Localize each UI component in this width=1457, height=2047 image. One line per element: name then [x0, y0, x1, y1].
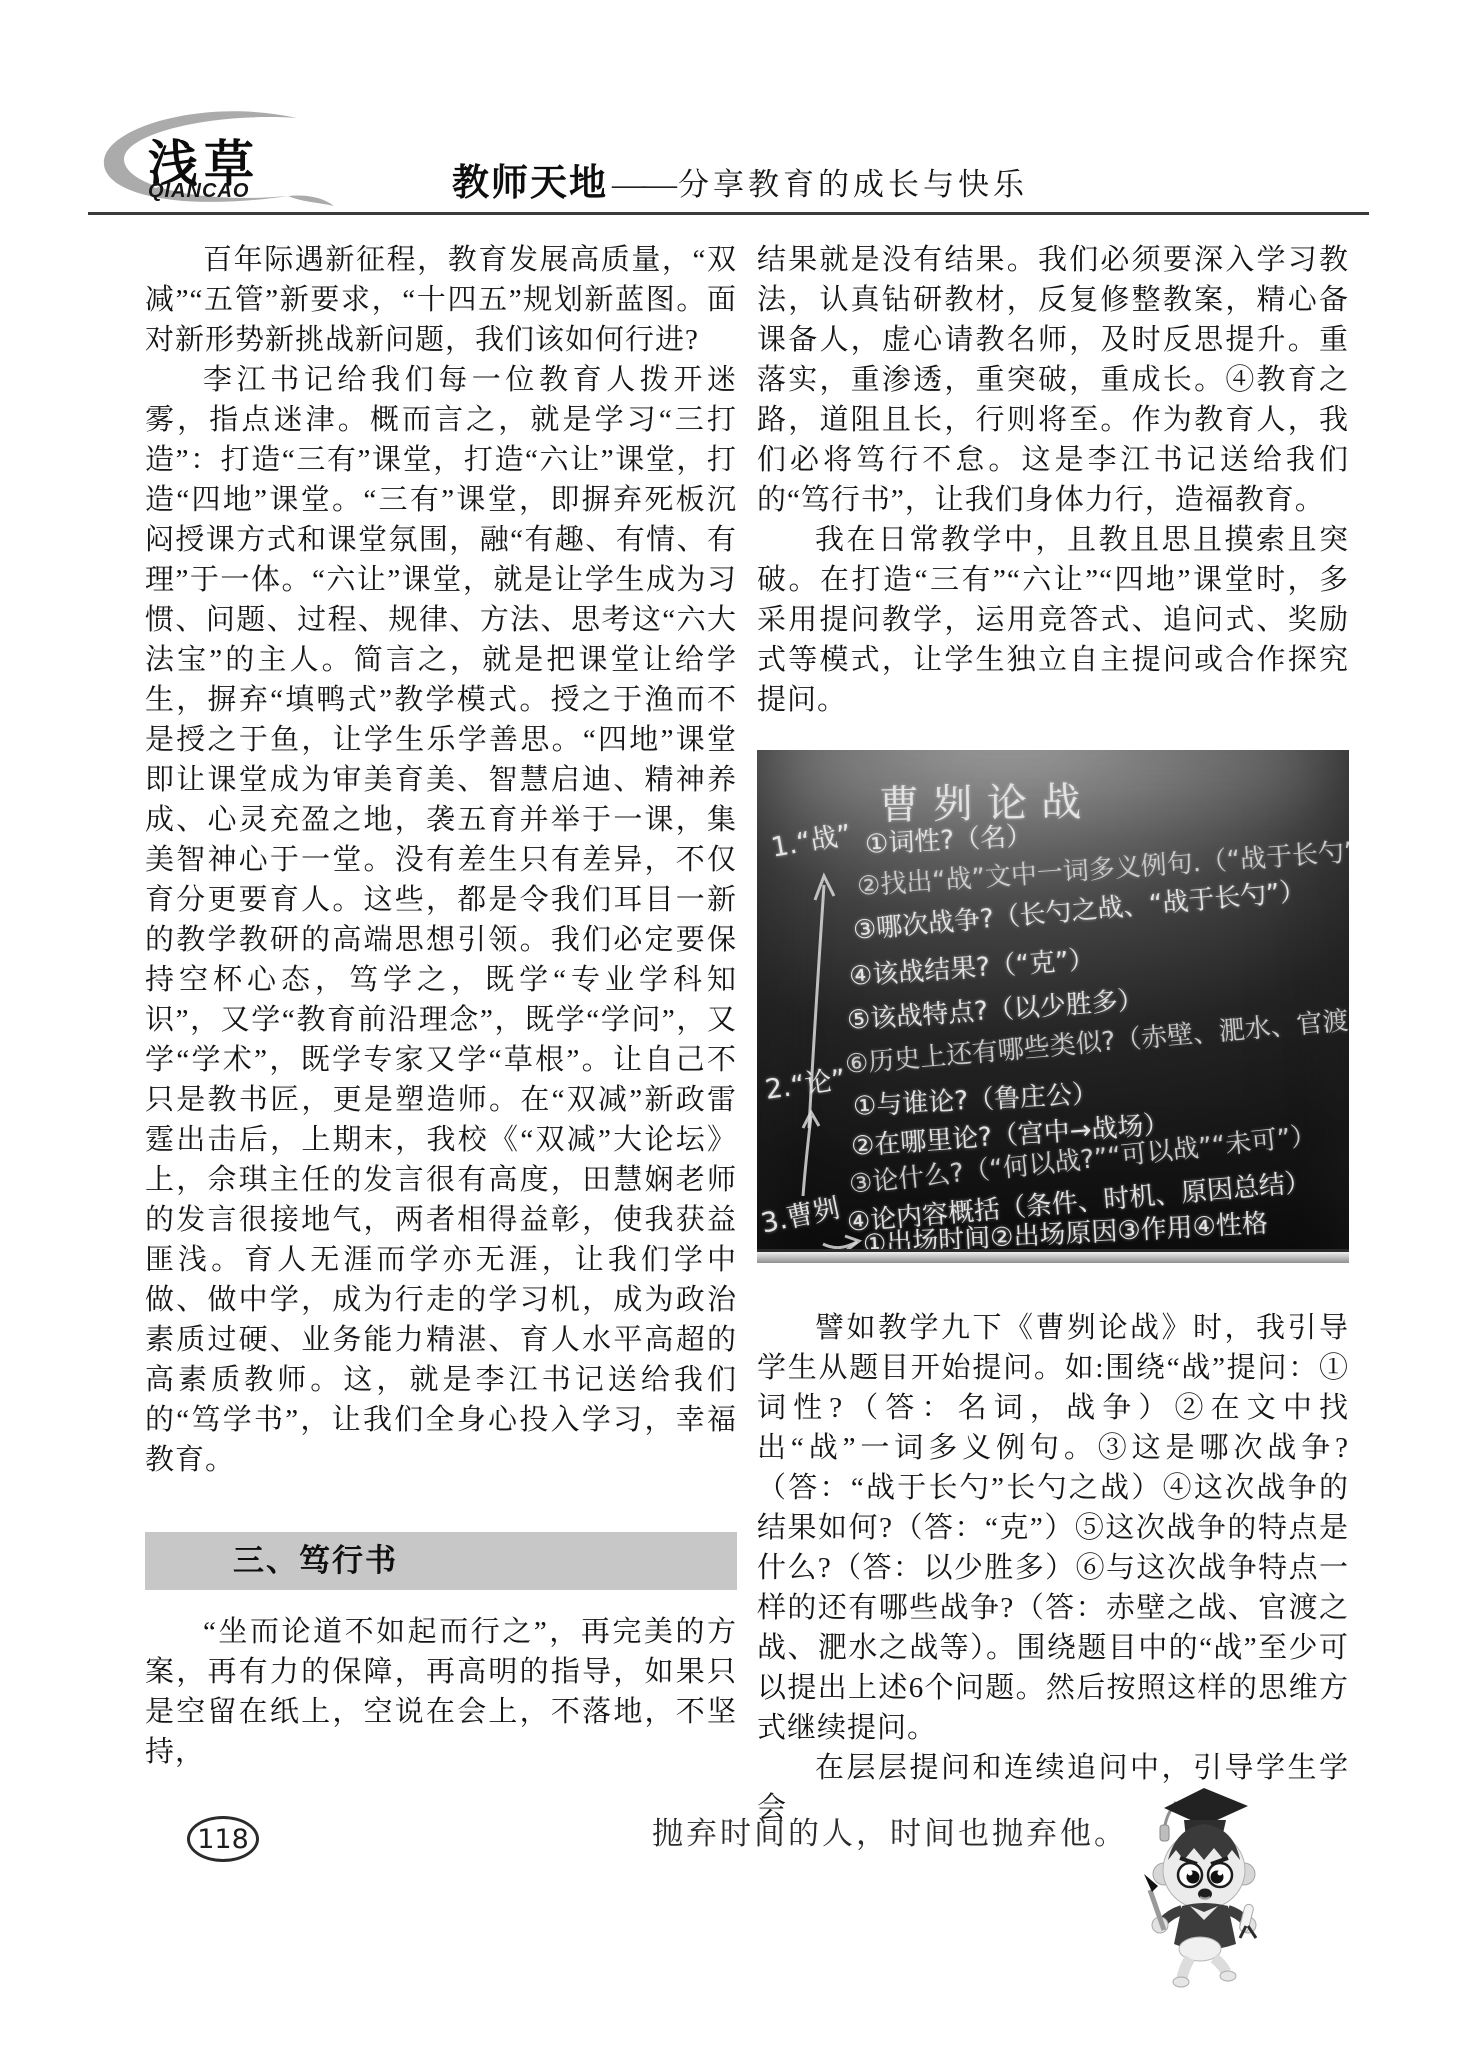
- paragraph: 譬如教学九下《曹刿论战》时，我引导学生从题目开始提问。如:围绕“战”提问：①词性…: [757, 1308, 1349, 1748]
- section-heading: 三、笃行书: [233, 1543, 398, 1578]
- footer-quote: 抛弃时间的人，时间也抛弃他。: [652, 1808, 1128, 1853]
- paragraph: 李江书记给我们每一位教育人拨开迷雾，指点迷津。概而言之，就是学习“三打造”：打造…: [145, 360, 737, 1480]
- right-column: 结果就是没有结果。我们必须要深入学习教法，认真钻研教材，反复修整教案，精心备课备…: [757, 240, 1349, 720]
- scholar-mascot-icon: [1136, 1768, 1272, 1994]
- paragraph-block: “坐而论道不如起而行之”，再完美的方案，再有力的保障，再高明的指导，如果只是空留…: [145, 1612, 737, 1772]
- paragraph: 百年际遇新征程，教育发展高质量，“双减”“五管”新要求，“十四五”规划新蓝图。面…: [145, 240, 737, 360]
- masthead-dash: ——: [612, 166, 674, 204]
- section-masthead: 教师天地 —— 分享教育的成长与快乐: [452, 152, 1028, 206]
- left-column: 百年际遇新征程，教育发展高质量，“双减”“五管”新要求，“十四五”规划新蓝图。面…: [145, 240, 737, 1480]
- logo-subtitle: QIANCAO: [148, 180, 249, 203]
- column-tagline: 分享教育的成长与快乐: [678, 159, 1028, 204]
- paragraph: 我在日常教学中，且教且思且摸索且突破。在打造“三有”“六让”“四地”课堂时，多采…: [757, 520, 1349, 720]
- blackboard-photo: 曹刿论战 1.“战” ①词性?（名） ②找出“战”文中一词多义例句.（“战于长勺…: [757, 750, 1349, 1263]
- paragraph: “坐而论道不如起而行之”，再完美的方案，再有力的保障，再高明的指导，如果只是空留…: [145, 1612, 737, 1772]
- paragraph-block: 譬如教学九下《曹刿论战》时，我引导学生从题目开始提问。如:围绕“战”提问：①词性…: [757, 1308, 1349, 1828]
- board-label: 3.曹刿: [757, 1186, 843, 1241]
- board-label: 1.“战”: [768, 812, 854, 864]
- board-label: 2.“论”: [762, 1057, 847, 1107]
- chalk-tray: [757, 1249, 1349, 1263]
- magazine-page: 浅草 QIANCAO 教师天地 —— 分享教育的成长与快乐 百年际遇新征程，教育…: [0, 0, 1457, 2047]
- chalk-line: ①词性?（名）: [864, 815, 1033, 861]
- section-heading-bar: 三、笃行书: [145, 1532, 737, 1590]
- paragraph: 结果就是没有结果。我们必须要深入学习教法，认真钻研教材，反复修整教案，精心备课备…: [757, 240, 1349, 520]
- page-number-badge: 118: [187, 1816, 259, 1862]
- column-title: 教师天地: [452, 152, 608, 206]
- page-number: 118: [197, 1824, 249, 1855]
- header-rule: [88, 212, 1369, 215]
- journal-logo: 浅草 QIANCAO: [92, 106, 342, 211]
